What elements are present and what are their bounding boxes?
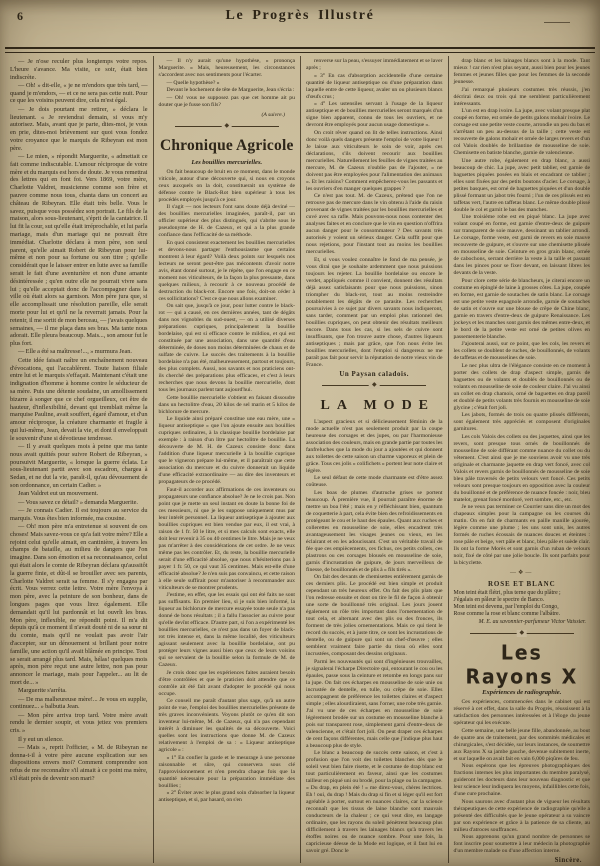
section-divider (159, 122, 296, 132)
article-paragraph: En quoi consistent exactement les bouill… (159, 240, 296, 303)
article-paragraph: Une autre robe, également en drap blanc,… (454, 158, 591, 214)
article-paragraph: Ces expériences, commencées dans le cabi… (454, 699, 591, 727)
author-signature: Sincère. (454, 857, 591, 863)
article-paragraph: Nous apprenons qu'un grand nombre de per… (454, 834, 591, 855)
section-ornament (454, 569, 591, 578)
article-paragraph: drap blanc et les lainages blancs sont à… (454, 58, 591, 86)
article-paragraph: « 1° En confier la garde et le mesurage … (159, 755, 296, 790)
article-paragraph: Les jabots, formés de trois ou quatre pl… (454, 412, 591, 433)
sub-section-headline: ROSE ET BLANC (454, 580, 591, 589)
article-paragraph: On fait des devants de chemisettes entiè… (306, 574, 443, 658)
article-paragraph: Je ne veux pas terminer ce Courrier sans… (454, 504, 591, 567)
poem-line: Mon teint est devenu, par l'emploi du Co… (454, 604, 591, 611)
column-3-la-mode: renverse sur la peau, s'essuyer immédiat… (300, 56, 448, 863)
article-paragraph: — Je n'ose reculer plus longtemps votre … (10, 58, 148, 81)
article-paragraph: Il s'agit — nos lecteurs l'ont sans dout… (159, 204, 296, 239)
article-paragraph: On sait que, jusqu'à ce jour, pour lutte… (159, 303, 296, 394)
column-1-feuilleton: — Je n'ose reculer plus longtemps votre … (5, 56, 153, 863)
author-signature: Un Paysan caladois. (306, 371, 443, 378)
article-paragraph: Une troisième robe est en piqué blanc. L… (454, 214, 591, 277)
article-paragraph: — Mais », reprit l'officier, « M. de Rib… (10, 744, 148, 783)
article-paragraph: « 3° En cas d'absorption accidentelle d'… (306, 73, 443, 101)
article-paragraph: Jean Valdret eut un mouvement. (10, 490, 148, 498)
continuation-note: (A suivre.) (159, 112, 296, 119)
article-paragraph: Je crois donc que les expériences faites… (159, 670, 296, 698)
article-paragraph: Le liquide ainsi préparé constitue une e… (159, 416, 296, 486)
column-4-rayons-x: drap blanc et les lainages blancs sont à… (448, 56, 596, 863)
article-paragraph: On fait beaucoup de bruit en ce moment, … (159, 169, 296, 204)
article-paragraph: On croit rêver quand on lit de telles in… (306, 130, 443, 193)
article-paragraph: — Quelle hypothèse? » (159, 80, 296, 87)
article-paragraph: J'ajouterai aussi, sur ce point, que les… (454, 341, 591, 362)
column-layout: — Je n'ose reculer plus longtemps votre … (5, 56, 595, 863)
article-paragraph: — Le mien, » répondit Marguerite, « adme… (10, 153, 148, 348)
poem-attribution: M. E. au savonnier-parfumeur Victor Vais… (454, 619, 591, 626)
article-paragraph: Et, si vous voulez connaître le fond de … (306, 257, 443, 369)
article-paragraph: Nous espérons que les épreuves photograp… (454, 763, 591, 798)
article-paragraph: « 2° Éviter avec le plus grand soin d'ab… (159, 790, 296, 804)
article-paragraph: Les cols Valois des collets ou des jaque… (454, 434, 591, 504)
article-paragraph: Le seul défaut de cette mode charmante e… (306, 475, 443, 489)
article-paragraph: — Je dois pourtant me retirer, » déclara… (10, 106, 148, 153)
newspaper-title: Le Progrès Illustré (0, 8, 600, 24)
column-2-chronique-agricole: — Il n'y aurait qu'une hypothèse, » pron… (153, 56, 301, 863)
section-headline-decorative: Les Rayons X (454, 642, 591, 690)
article-paragraph: — Oh! mon père m'a entretenue si souvent… (10, 523, 148, 687)
article-paragraph: — Vous savez ce détail? » demanda Margue… (10, 499, 148, 507)
header-rule-mark (544, 22, 570, 23)
article-paragraph: — Je connais Cadier. Il est toujours au … (10, 507, 148, 523)
article-paragraph: Ce n'est pas tout. M. de Cazeux, prétend… (306, 193, 443, 256)
article-paragraph: Cette bouillie mercurielle s'obtient en … (159, 395, 296, 416)
article-paragraph: Ce conseil me paraît d'autant plus sage,… (159, 698, 296, 754)
article-paragraph: L'aspect gracieux et si délicieusement f… (306, 419, 443, 475)
article-paragraph: Pour clore cette série de blancheurs, je… (454, 278, 591, 341)
section-divider (306, 381, 443, 391)
article-paragraph: — Elle a été sa maîtresse!..., » murmura… (10, 348, 148, 356)
article-paragraph: Devant le hochement de tête de Marguerit… (159, 87, 296, 94)
article-paragraph: — Il n'y aurait qu'une hypothèse, » pron… (159, 58, 296, 79)
article-paragraph: J'estime, en effet, que les essais qui o… (159, 592, 296, 669)
article-paragraph: Marguerite s'arrêta. (10, 687, 148, 695)
section-subtitle: Expériences de radiographie. (454, 689, 591, 696)
article-paragraph: — Il y avait quelques mois à peine que m… (10, 443, 148, 490)
article-paragraph: « 4° Les ustensiles servant à l'usage de… (306, 101, 443, 129)
article-paragraph: Le blanc a beaucoup de succès cette sais… (306, 750, 443, 855)
article-paragraph: Les boas de plumes d'autruche grises se … (306, 490, 443, 574)
article-paragraph: — Oh! » dit-elle, « je ne m'endors que t… (10, 82, 148, 105)
article-paragraph: Cette semaine, une belle jeune fille, ab… (454, 728, 591, 763)
section-headline: Chronique Agricole (159, 137, 296, 155)
article-paragraph: Parmi les nouveautés qui sont d'ingénieu… (306, 659, 443, 750)
poem-line: Rose comme la rose et blanc comme l'albâ… (454, 611, 591, 618)
article-paragraph: Il y eut un silence. (10, 736, 148, 744)
section-headline: LA MODE (306, 397, 443, 414)
article-paragraph: — De ma malheureuse mère!... Je vous en … (10, 696, 148, 712)
article-paragraph: L'un est en drap ivoire. La jupe, avec v… (454, 108, 591, 157)
section-subtitle: Les bouillies mercurielles. (159, 159, 296, 166)
article-paragraph: Le nec plus ultra de l'élégance consiste… (454, 363, 591, 412)
article-paragraph: Nous saurons avec d'autant plus de vigue… (454, 799, 591, 834)
poem-line: Mon teint était flétri, plus terne que d… (454, 590, 591, 597)
article-paragraph: — Mon père arriva trop tard. Votre mère … (10, 712, 148, 735)
article-paragraph: Cette idée faisait naître un enchaînemen… (10, 357, 148, 443)
article-paragraph: Faut-il accorder aux affirmations de ces… (159, 487, 296, 592)
article-paragraph: J'ai remarqué plusieurs costumes très ré… (454, 87, 591, 108)
article-paragraph: renverse sur la peau, s'essuyer immédiat… (306, 58, 443, 72)
newspaper-page: 6 Le Progrès Illustré — Je n'ose reculer… (0, 0, 600, 866)
poem-line: J'égalais en pâleur le spectre de Banco. (454, 597, 591, 604)
section-divider (454, 629, 591, 639)
masthead-double-rule (5, 47, 595, 53)
article-paragraph: — Oh! vous ne supposez pas que cet homme… (159, 95, 296, 109)
